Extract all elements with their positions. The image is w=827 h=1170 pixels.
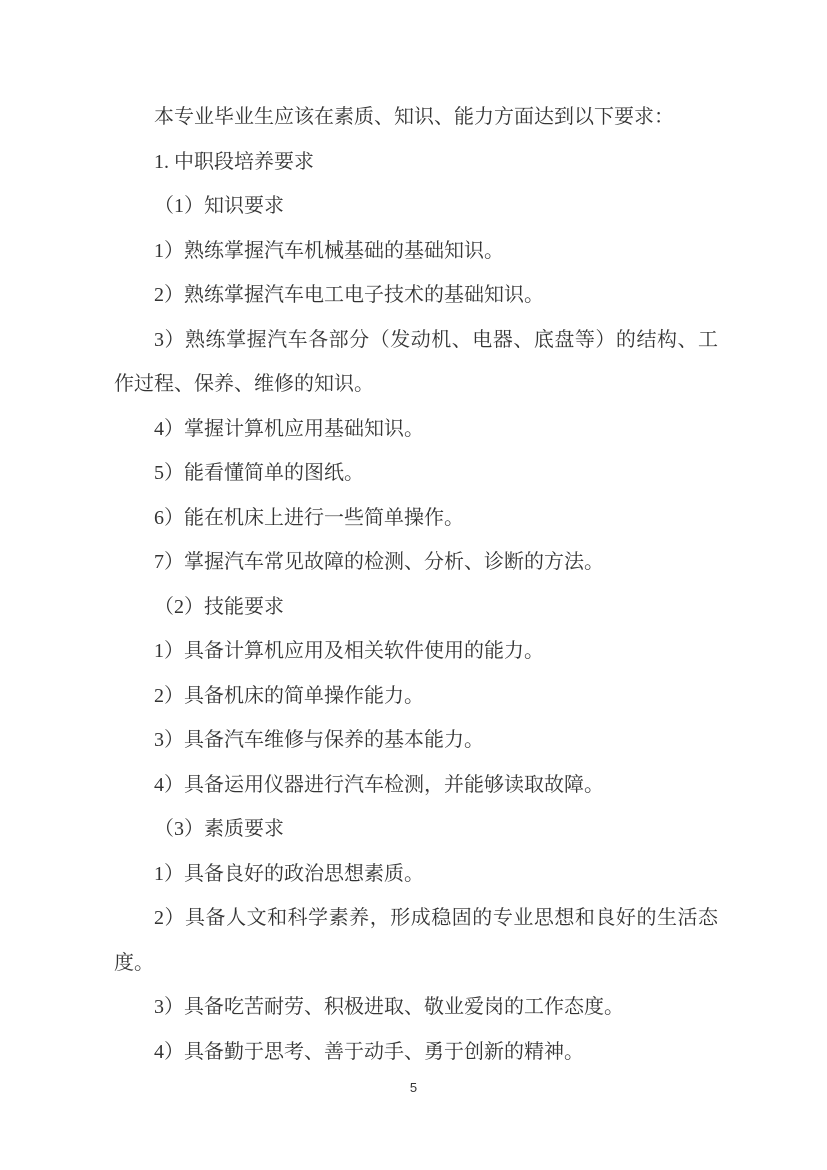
knowledge-item-6: 6）能在机床上进行一些简单操作。: [114, 496, 718, 541]
heading-quality-requirements: （3）素质要求: [114, 807, 718, 852]
quality-item-1: 1）具备良好的政治思想素质。: [114, 852, 718, 897]
document-body: 本专业毕业生应该在素质、知识、能力方面达到以下要求： 1. 中职段培养要求 （1…: [114, 95, 718, 1074]
skill-item-1: 1）具备计算机应用及相关软件使用的能力。: [114, 629, 718, 674]
document-page: 本专业毕业生应该在素质、知识、能力方面达到以下要求： 1. 中职段培养要求 （1…: [0, 0, 827, 1170]
knowledge-item-5: 5）能看懂简单的图纸。: [114, 451, 718, 496]
quality-item-4: 4）具备勤于思考、善于动手、勇于创新的精神。: [114, 1030, 718, 1075]
knowledge-item-7: 7）掌握汽车常见故障的检测、分析、诊断的方法。: [114, 540, 718, 585]
quality-item-2: 2）具备人文和科学素养，形成稳固的专业思想和良好的生活态度。: [114, 896, 718, 985]
knowledge-item-2: 2）熟练掌握汽车电工电子技术的基础知识。: [114, 273, 718, 318]
skill-item-2: 2）具备机床的简单操作能力。: [114, 674, 718, 719]
paragraph-intro: 本专业毕业生应该在素质、知识、能力方面达到以下要求：: [114, 95, 718, 140]
heading-knowledge-requirements: （1）知识要求: [114, 184, 718, 229]
knowledge-item-4: 4）掌握计算机应用基础知识。: [114, 407, 718, 452]
skill-item-3: 3）具备汽车维修与保养的基本能力。: [114, 718, 718, 763]
quality-item-3: 3）具备吃苦耐劳、积极进取、敬业爱岗的工作态度。: [114, 985, 718, 1030]
knowledge-item-3: 3）熟练掌握汽车各部分（发动机、电器、底盘等）的结构、工作过程、保养、维修的知识…: [114, 318, 718, 407]
skill-item-4: 4）具备运用仪器进行汽车检测，并能够读取故障。: [114, 763, 718, 808]
heading-skill-requirements: （2）技能要求: [114, 585, 718, 630]
knowledge-item-1: 1）熟练掌握汽车机械基础的基础知识。: [114, 229, 718, 274]
page-number: 5: [0, 1080, 827, 1095]
heading-stage-requirements: 1. 中职段培养要求: [114, 140, 718, 185]
